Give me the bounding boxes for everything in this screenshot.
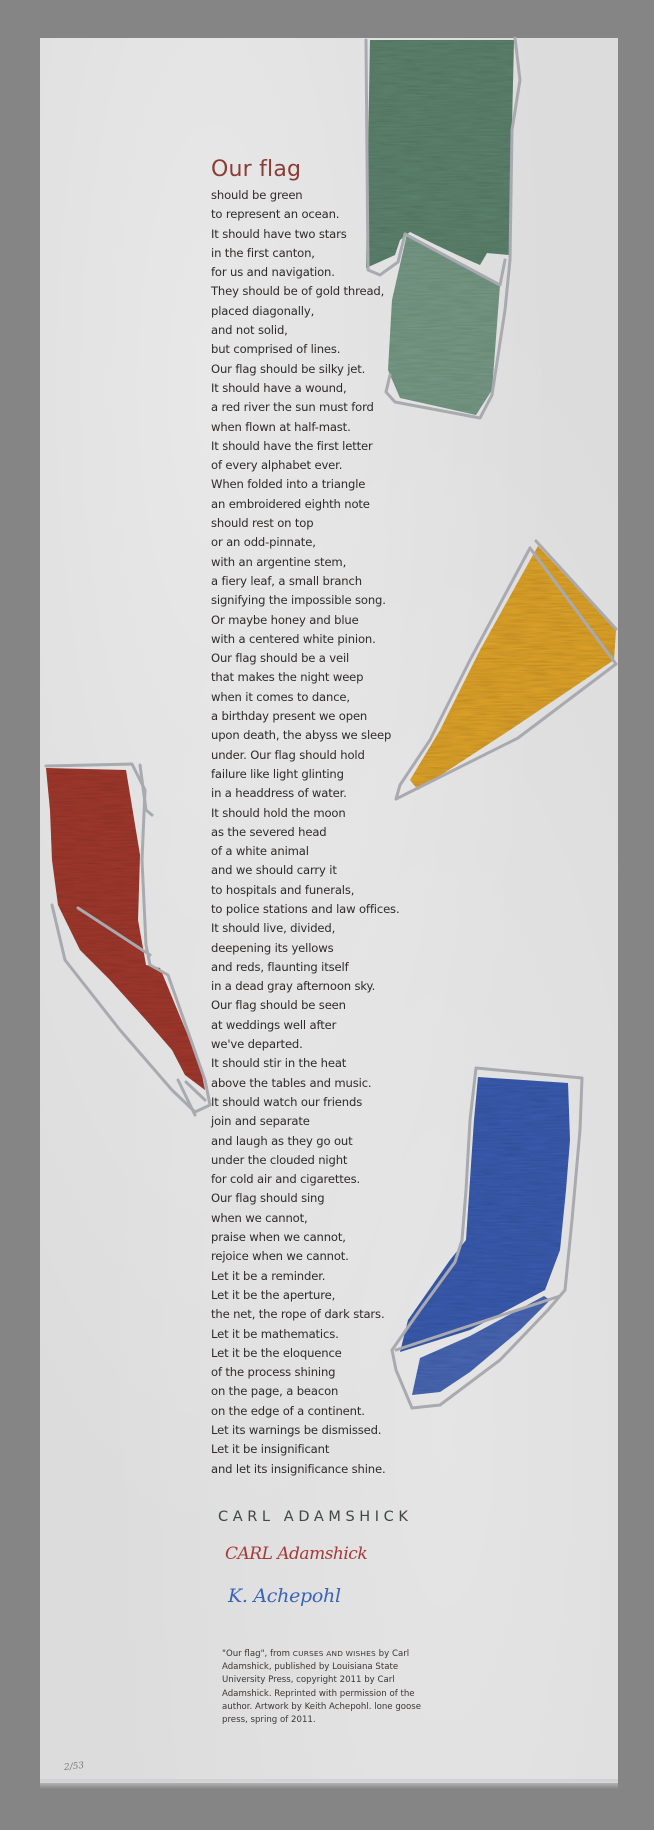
poem-line: with an argentine stem, xyxy=(211,553,451,572)
poem-line: of the process shining xyxy=(211,1363,451,1382)
poem-line: Let it be a reminder. xyxy=(211,1267,451,1286)
poem-line: when it comes to dance, xyxy=(211,688,451,707)
poem-line: Let it be the eloquence xyxy=(211,1344,451,1363)
poem-line: on the page, a beacon xyxy=(211,1382,451,1401)
poem-line: placed diagonally, xyxy=(211,302,451,321)
poem-line: It should watch our friends xyxy=(211,1093,451,1112)
poem-line: join and separate xyxy=(211,1112,451,1131)
poem-line: to represent an ocean. xyxy=(211,205,451,224)
colophon-intro: "Our flag", from xyxy=(222,1649,293,1659)
poem-line: with a centered white pinion. xyxy=(211,630,451,649)
poem-line: It should have two stars xyxy=(211,225,451,244)
poem-line: in the first canton, xyxy=(211,244,451,263)
poem-line: for us and navigation. xyxy=(211,263,451,282)
poem-line: that makes the night weep xyxy=(211,668,451,687)
poem-line: It should have a wound, xyxy=(211,379,451,398)
poem-line: Let it be the aperture, xyxy=(211,1286,451,1305)
poem-line: deepening its yellows xyxy=(211,939,451,958)
poem-lines: should be greento represent an ocean.It … xyxy=(211,186,451,1479)
edition-number: 2/53 xyxy=(64,1761,85,1773)
poem-line: of every alphabet ever. xyxy=(211,456,451,475)
poem-author: CARL ADAMSHICK xyxy=(218,1509,412,1525)
poem-line: Our flag should be silky jet. xyxy=(211,360,451,379)
poem-line: a fiery leaf, a small branch xyxy=(211,572,451,591)
poem-line: It should live, divided, xyxy=(211,919,451,938)
poem-line: an embroidered eighth note xyxy=(211,495,451,514)
poem-line: to hospitals and funerals, xyxy=(211,881,451,900)
poem-line: Let it be insignificant xyxy=(211,1440,451,1459)
poem-line: upon death, the abyss we sleep xyxy=(211,726,451,745)
poem-line: should be green xyxy=(211,186,451,205)
poem-line: They should be of gold thread, xyxy=(211,282,451,301)
poem-line: failure like light glinting xyxy=(211,765,451,784)
poem-line: to police stations and law offices. xyxy=(211,900,451,919)
poem-line: as the severed head xyxy=(211,823,451,842)
poem-line: Let it be mathematics. xyxy=(211,1325,451,1344)
poem-line: on the edge of a continent. xyxy=(211,1402,451,1421)
poem-line: a birthday present we open xyxy=(211,707,451,726)
poem-line: under the clouded night xyxy=(211,1151,451,1170)
poem-line: Our flag should be a veil xyxy=(211,649,451,668)
poem-line: of a white animal xyxy=(211,842,451,861)
poem: Our flag should be greento represent an … xyxy=(211,156,451,1479)
poem-line: when flown at half-mast. xyxy=(211,418,451,437)
poem-line: rejoice when we cannot. xyxy=(211,1247,451,1266)
poem-line: in a dead gray afternoon sky. xyxy=(211,977,451,996)
poem-line: above the tables and music. xyxy=(211,1074,451,1093)
poem-line: under. Our flag should hold xyxy=(211,746,451,765)
deckled-edge xyxy=(40,1779,618,1789)
poem-line: should rest on top xyxy=(211,514,451,533)
book-title: CURSES AND WISHES xyxy=(293,1649,376,1658)
poem-line: but comprised of lines. xyxy=(211,340,451,359)
poem-line: when we cannot, xyxy=(211,1209,451,1228)
poem-line: and we should carry it xyxy=(211,861,451,880)
poem-line: It should have the first letter xyxy=(211,437,451,456)
poem-line: and let its insignificance shine. xyxy=(211,1460,451,1479)
poem-line: Our flag should sing xyxy=(211,1189,451,1208)
poem-line: or an odd-pinnate, xyxy=(211,533,451,552)
poem-line: the net, the rope of dark stars. xyxy=(211,1305,451,1324)
poem-line: Our flag should be seen xyxy=(211,996,451,1015)
poem-line: and not solid, xyxy=(211,321,451,340)
poem-line: and reds, flaunting itself xyxy=(211,958,451,977)
poem-line: we've departed. xyxy=(211,1035,451,1054)
poem-line: Let its warnings be dismissed. xyxy=(211,1421,451,1440)
poem-line: for cold air and cigarettes. xyxy=(211,1170,451,1189)
poem-line: in a headdress of water. xyxy=(211,784,451,803)
colophon: "Our flag", from CURSES AND WISHES by Ca… xyxy=(222,1647,422,1727)
poem-line: at weddings well after xyxy=(211,1016,451,1035)
poem-line: It should stir in the heat xyxy=(211,1054,451,1073)
poem-line: Or maybe honey and blue xyxy=(211,611,451,630)
poem-line: signifying the impossible song. xyxy=(211,591,451,610)
poem-line: praise when we cannot, xyxy=(211,1228,451,1247)
poem-title: Our flag xyxy=(211,156,451,184)
poem-line: It should hold the moon xyxy=(211,804,451,823)
colophon-body: by Carl Adamshick, published by Louisian… xyxy=(222,1649,421,1725)
poem-line: and laugh as they go out xyxy=(211,1132,451,1151)
poem-line: a red river the sun must ford xyxy=(211,398,451,417)
poem-line: When folded into a triangle xyxy=(211,475,451,494)
author-signature: CARL Adamshick xyxy=(225,1544,367,1564)
artist-signature: K. Achepohl xyxy=(228,1585,341,1607)
